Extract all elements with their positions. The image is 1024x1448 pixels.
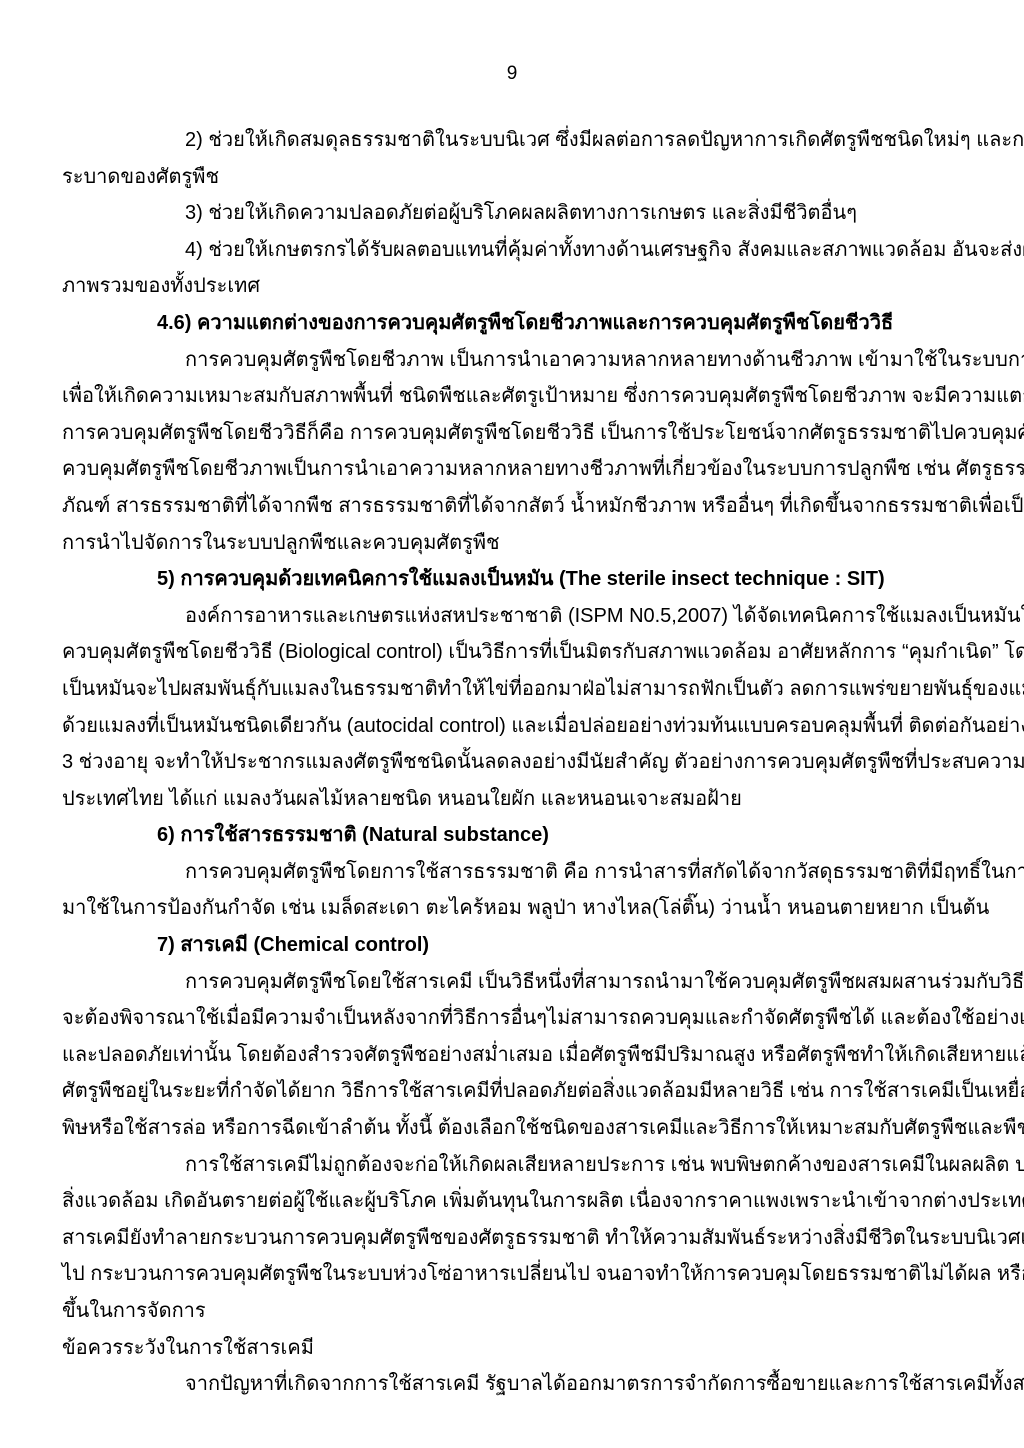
- section-heading-line: 6) การใช้สารธรรมชาติ (Natural substance): [62, 817, 963, 854]
- text-line: การควบคุมศัตรูพืชโดยชีววิธีก็คือ การควบค…: [62, 415, 963, 452]
- text-line: สารเคมียังทำลายกระบวนการควบคุมศัตรูพืชขอ…: [62, 1220, 963, 1257]
- section-heading-line: 4.6) ความแตกต่างของการควบคุมศัตรูพืชโดยช…: [62, 305, 963, 342]
- text-line: การควบคุมศัตรูพืชโดยใช้สารเคมี เป็นวิธีห…: [62, 964, 963, 1001]
- text-line: องค์การอาหารและเกษตรแห่งสหประชาชาติ (ISP…: [62, 598, 963, 635]
- section-heading-line: 5) การควบคุมด้วยเทคนิคการใช้แมลงเป็นหมัน…: [62, 561, 963, 598]
- text-line: ควบคุมศัตรูพืชโดยชีวภาพเป็นการนำเอาความห…: [62, 451, 963, 488]
- page-number: 9: [0, 62, 1024, 86]
- text-line: เพื่อให้เกิดความเหมาะสมกับสภาพพื้นที่ ชน…: [62, 378, 963, 415]
- text-line: ด้วยแมลงที่เป็นหมันชนิดเดียวกัน (autocid…: [62, 708, 963, 745]
- text-line: จะต้องพิจารณาใช้เมื่อมีความจำเป็นหลังจาก…: [62, 1000, 963, 1037]
- text-line: การใช้สารเคมีไม่ถูกต้องจะก่อให้เกิดผลเสี…: [62, 1147, 963, 1184]
- text-line: และปลอดภัยเท่านั้น โดยต้องสำรวจศัตรูพืชอ…: [62, 1037, 963, 1074]
- text-line: ระบาดของศัตรูพืช: [62, 159, 963, 196]
- text-line: สิ่งแวดล้อม เกิดอันตรายต่อผู้ใช้และผู้บร…: [62, 1183, 963, 1220]
- document-body: 2) ช่วยให้เกิดสมดุลธรรมชาติในระบบนิเวศ ซ…: [62, 122, 963, 1403]
- text-line: 2) ช่วยให้เกิดสมดุลธรรมชาติในระบบนิเวศ ซ…: [62, 122, 963, 159]
- text-line: การนำไปจัดการในระบบปลูกพืชและควบคุมศัตรู…: [62, 525, 963, 562]
- text-line: จากปัญหาที่เกิดจากการใช้สารเคมี รัฐบาลได…: [62, 1366, 963, 1403]
- text-line: ศัตรูพืชอยู่ในระยะที่กำจัดได้ยาก วิธีการ…: [62, 1073, 963, 1110]
- text-line: มาใช้ในการป้องกันกำจัด เช่น เมล็ดสะเดา ต…: [62, 890, 963, 927]
- text-line: ภาพรวมของทั้งประเทศ: [62, 268, 963, 305]
- text-line: 4) ช่วยให้เกษตรกรได้รับผลตอบแทนที่คุ้มค่…: [62, 232, 963, 269]
- text-line: พิษหรือใช้สารล่อ หรือการฉีดเข้าลำต้น ทั้…: [62, 1110, 963, 1147]
- text-line: ภัณฑ์ สารธรรมชาติที่ได้จากพืช สารธรรมชาต…: [62, 488, 963, 525]
- document-page: 9 2) ช่วยให้เกิดสมดุลธรรมชาติในระบบนิเวศ…: [0, 0, 1024, 1448]
- text-line: การควบคุมศัตรูพืชโดยชีวภาพ เป็นการนำเอาค…: [62, 342, 963, 379]
- section-heading-line: 7) สารเคมี (Chemical control): [62, 927, 963, 964]
- text-line: 3 ช่วงอายุ จะทำให้ประชากรแมลงศัตรูพืชชนิ…: [62, 744, 963, 781]
- text-line: ขึ้นในการจัดการ: [62, 1293, 963, 1330]
- text-line: ข้อควรระวังในการใช้สารเคมี: [62, 1330, 963, 1367]
- text-line: ไป กระบวนการควบคุมศัตรูพืชในระบบห่วงโซ่อ…: [62, 1256, 963, 1293]
- text-line: การควบคุมศัตรูพืชโดยการใช้สารธรรมชาติ คื…: [62, 854, 963, 891]
- text-line: ประเทศไทย ได้แก่ แมลงวันผลไม้หลายชนิด หน…: [62, 781, 963, 818]
- text-line: ควบคุมศัตรูพืชโดยชีววิธี (Biological con…: [62, 634, 963, 671]
- text-line: เป็นหมันจะไปผสมพันธุ์กับแมลงในธรรมชาติทำ…: [62, 671, 963, 708]
- text-line: 3) ช่วยให้เกิดความปลอดภัยต่อผู้บริโภคผลผ…: [62, 195, 963, 232]
